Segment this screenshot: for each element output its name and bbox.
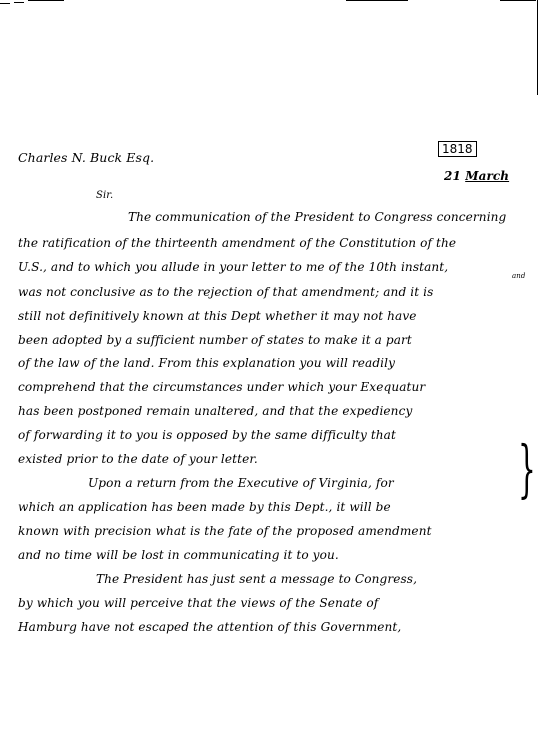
salutation: Sir. — [96, 190, 113, 201]
body-line: The communication of the President to Co… — [128, 210, 506, 224]
recipient-name: Charles N. Buck Esq. — [18, 150, 154, 165]
date-month: March — [465, 169, 509, 183]
body-line: The President has just sent a message to… — [96, 572, 417, 586]
letter-date: 21 March — [444, 169, 509, 183]
document-page: Charles N. Buck Esq. 1818 21 March Sir. … — [0, 0, 539, 749]
year-annotation: 1818 — [438, 141, 477, 157]
body-line: of forwarding it to you is opposed by th… — [18, 428, 396, 442]
body-line: existed prior to the date of your letter… — [18, 452, 258, 466]
body-line: was not conclusive as to the rejection o… — [18, 285, 433, 299]
body-line: U.S., and to which you allude in your le… — [18, 260, 448, 274]
body-line: has been postponed remain unaltered, and… — [18, 404, 412, 418]
scan-border-top — [0, 0, 539, 2]
body-line: the ratification of the thirteenth amend… — [18, 236, 456, 250]
body-line: by which you will perceive that the view… — [18, 596, 378, 610]
body-line: known with precision what is the fate of… — [18, 524, 432, 538]
body-line: still not definitively known at this Dep… — [18, 309, 417, 323]
body-line: and no time will be lost in communicatin… — [18, 548, 339, 562]
body-line: which an application has been made by th… — [18, 500, 391, 514]
scan-border-right — [537, 0, 538, 95]
body-line: Hamburg have not escaped the attention o… — [18, 620, 401, 634]
body-line: been adopted by a sufficient number of s… — [18, 333, 412, 347]
margin-brace-mark: } — [518, 438, 536, 500]
date-day: 21 — [444, 169, 461, 183]
body-line: comprehend that the circumstances under … — [18, 380, 425, 394]
margin-note: and — [512, 272, 525, 280]
body-line: of the law of the land. From this explan… — [18, 356, 395, 370]
body-line: Upon a return from the Executive of Virg… — [88, 476, 394, 490]
